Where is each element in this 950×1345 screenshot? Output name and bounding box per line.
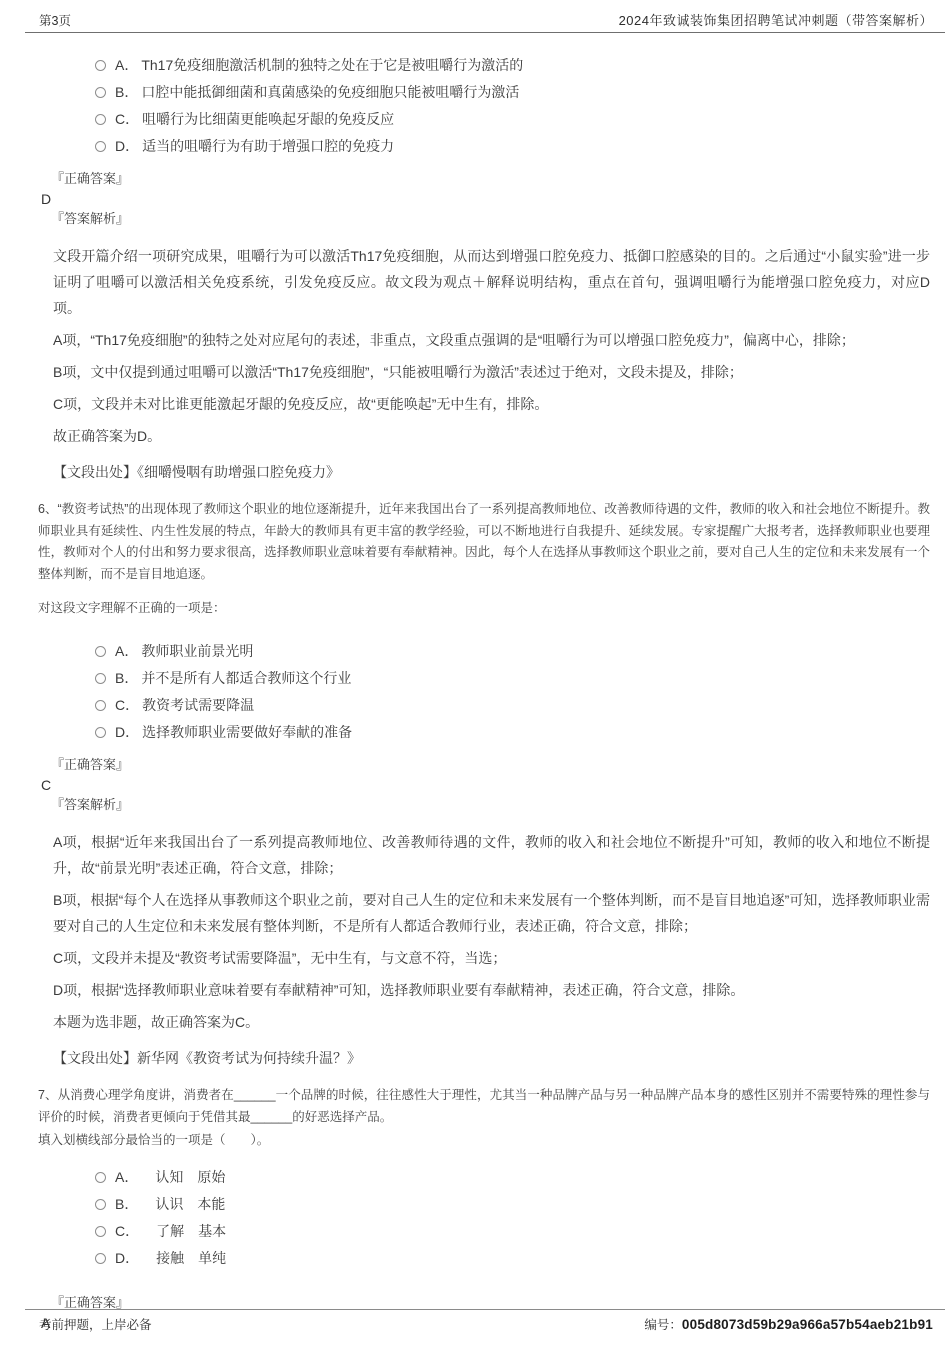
- option-text: 认知 原始: [155, 1167, 225, 1187]
- radio-button[interactable]: [95, 1199, 106, 1210]
- q5-answer-block: 『正确答案』 D 『答案解析』: [51, 169, 930, 229]
- option-label: B．: [115, 1194, 138, 1214]
- option-label: A．: [115, 55, 138, 75]
- serial-label: 编号：: [644, 1318, 682, 1332]
- analysis-paragraph: 文段开篇介绍一项研究成果，咀嚼行为可以激活Th17免疫细胞，从而达到增强口腔免疫…: [53, 243, 930, 321]
- q5-option-a: A． Th17免疫细胞激活机制的独特之处在于它是被咀嚼行为激活的: [95, 51, 930, 78]
- option-label: A．: [115, 641, 138, 661]
- option-label: C．: [115, 109, 139, 129]
- correct-answer-value: D: [41, 189, 930, 209]
- analysis-paragraph: B项，文中仅提到通过咀嚼可以激活“Th17免疫细胞”，“只能被咀嚼行为激活”表述…: [53, 359, 930, 385]
- analysis-paragraph: C项，文段并未对比谁更能激起牙龈的免疫反应，故“更能唤起”无中生有，排除。: [53, 391, 930, 417]
- option-text: 咀嚼行为比细菌更能唤起牙龈的免疫反应: [142, 109, 394, 129]
- serial-number: 005d8073d59b29a966a57b54aeb21b91: [682, 1317, 933, 1332]
- document-title: 2024年致诚装饰集团招聘笔试冲刺题（带答案解析）: [619, 10, 933, 29]
- radio-button[interactable]: [95, 646, 106, 657]
- question-5-block: A． Th17免疫细胞激活机制的独特之处在于它是被咀嚼行为激活的 B． 口腔中能…: [38, 51, 930, 485]
- correct-answer-value: C: [41, 775, 930, 795]
- footer-slogan: 考前押题，上岸必备: [39, 1315, 152, 1333]
- option-label: B．: [115, 82, 138, 102]
- analysis-conclusion: 故正确答案为D。: [53, 423, 930, 449]
- radio-button[interactable]: [95, 87, 106, 98]
- option-label: B．: [115, 668, 138, 688]
- correct-answer-label: 『正确答案』: [51, 755, 930, 775]
- q7-option-b: B． 认识 本能: [95, 1190, 930, 1217]
- q6-answer-block: 『正确答案』 C 『答案解析』: [51, 755, 930, 815]
- document-body: A． Th17免疫细胞激活机制的独特之处在于它是被咀嚼行为激活的 B． 口腔中能…: [0, 51, 950, 1333]
- page-footer: 考前押题，上岸必备 编号：005d8073d59b29a966a57b54aeb…: [0, 1309, 950, 1333]
- option-label: C．: [115, 1221, 139, 1241]
- question-6-block: 6、“教资考试热”的出现体现了教师这个职业的地位逐渐提升，近年来我国出台了一系列…: [38, 499, 930, 1071]
- option-text: Th17免疫细胞激活机制的独特之处在于它是被咀嚼行为激活的: [141, 55, 523, 75]
- q5-option-b: B． 口腔中能抵御细菌和真菌感染的免疫细胞只能被咀嚼行为激活: [95, 78, 930, 105]
- option-text: 选择教师职业需要做好奉献的准备: [142, 722, 352, 742]
- analysis-conclusion: 本题为选非题，故正确答案为C。: [53, 1009, 930, 1035]
- option-text: 教师职业前景光明: [141, 641, 253, 661]
- q6-option-d: D． 选择教师职业需要做好奉献的准备: [95, 718, 930, 745]
- footer-serial: 编号：005d8073d59b29a966a57b54aeb21b91: [644, 1315, 933, 1333]
- page-header: 第3页 2024年致诚装饰集团招聘笔试冲刺题（带答案解析）: [25, 10, 945, 33]
- option-label: D．: [115, 1248, 139, 1268]
- q6-option-b: B． 并不是所有人都适合教师这个行业: [95, 664, 930, 691]
- radio-button[interactable]: [95, 1253, 106, 1264]
- option-text: 教资考试需要降温: [142, 695, 254, 715]
- question-5-options: A． Th17免疫细胞激活机制的独特之处在于它是被咀嚼行为激活的 B． 口腔中能…: [95, 51, 930, 159]
- radio-button[interactable]: [95, 141, 106, 152]
- q6-option-a: A． 教师职业前景光明: [95, 637, 930, 664]
- question-6-options: A． 教师职业前景光明 B． 并不是所有人都适合教师这个行业 C． 教资考试需要…: [95, 637, 930, 745]
- question-7-options: A． 认知 原始 B． 认识 本能 C． 了解 基本 D． 接触 单纯: [95, 1163, 930, 1271]
- option-text: 口腔中能抵御细菌和真菌感染的免疫细胞只能被咀嚼行为激活: [141, 82, 519, 102]
- q7-option-c: C． 了解 基本: [95, 1217, 930, 1244]
- radio-button[interactable]: [95, 1172, 106, 1183]
- question-6-stem: 6、“教资考试热”的出现体现了教师这个职业的地位逐渐提升，近年来我国出台了一系列…: [38, 499, 930, 585]
- answer-analysis-label: 『答案解析』: [51, 209, 930, 229]
- option-label: A．: [115, 1167, 138, 1187]
- question-7-block: 7、从消费心理学角度讲，消费者在______一个品牌的时候，往往感性大于理性，尤…: [38, 1085, 930, 1333]
- passage-source: 【文段出处】《细嚼慢咽有助增强口腔免疫力》: [53, 459, 930, 485]
- analysis-paragraph: C项，文段并未提及“教资考试需要降温”，无中生有，与文意不符，当选；: [53, 945, 930, 971]
- radio-button[interactable]: [95, 1226, 106, 1237]
- q5-option-c: C． 咀嚼行为比细菌更能唤起牙龈的免疫反应: [95, 105, 930, 132]
- question-7-prompt: 填入划横线部分最恰当的一项是（ ）。: [38, 1130, 930, 1151]
- radio-button[interactable]: [95, 60, 106, 71]
- question-7-stem: 7、从消费心理学角度讲，消费者在______一个品牌的时候，往往感性大于理性，尤…: [38, 1085, 930, 1128]
- analysis-paragraph: B项，根据“每个人在选择从事教师这个职业之前，要对自己人生的定位和未来发展有一个…: [53, 887, 930, 939]
- option-text: 适当的咀嚼行为有助于增强口腔的免疫力: [142, 136, 394, 156]
- radio-button[interactable]: [95, 673, 106, 684]
- q7-option-a: A． 认知 原始: [95, 1163, 930, 1190]
- page-number: 第3页: [39, 11, 71, 29]
- q6-option-c: C． 教资考试需要降温: [95, 691, 930, 718]
- radio-button[interactable]: [95, 700, 106, 711]
- analysis-paragraph: D项，根据“选择教师职业意味着要有奉献精神”可知，选择教师职业要有奉献精神，表述…: [53, 977, 930, 1003]
- option-text: 接触 单纯: [156, 1248, 226, 1268]
- option-text: 并不是所有人都适合教师这个行业: [141, 668, 351, 688]
- option-text: 认识 本能: [155, 1194, 225, 1214]
- option-label: D．: [115, 136, 139, 156]
- passage-source: 【文段出处】新华网《教资考试为何持续升温？》: [53, 1045, 930, 1071]
- option-label: D．: [115, 722, 139, 742]
- q5-option-d: D． 适当的咀嚼行为有助于增强口腔的免疫力: [95, 132, 930, 159]
- radio-button[interactable]: [95, 727, 106, 738]
- question-6-prompt: 对这段文字理解不正确的一项是：: [38, 598, 930, 619]
- option-label: C．: [115, 695, 139, 715]
- correct-answer-label: 『正确答案』: [51, 169, 930, 189]
- analysis-paragraph: A项，根据“近年来我国出台了一系列提高教师地位、改善教师待遇的文件，教师的收入和…: [53, 829, 930, 881]
- analysis-paragraph: A项，“Th17免疫细胞”的独特之处对应尾句的表述，非重点，文段重点强调的是“咀…: [53, 327, 930, 353]
- option-text: 了解 基本: [156, 1221, 226, 1241]
- q7-option-d: D． 接触 单纯: [95, 1244, 930, 1271]
- radio-button[interactable]: [95, 114, 106, 125]
- answer-analysis-label: 『答案解析』: [51, 795, 930, 815]
